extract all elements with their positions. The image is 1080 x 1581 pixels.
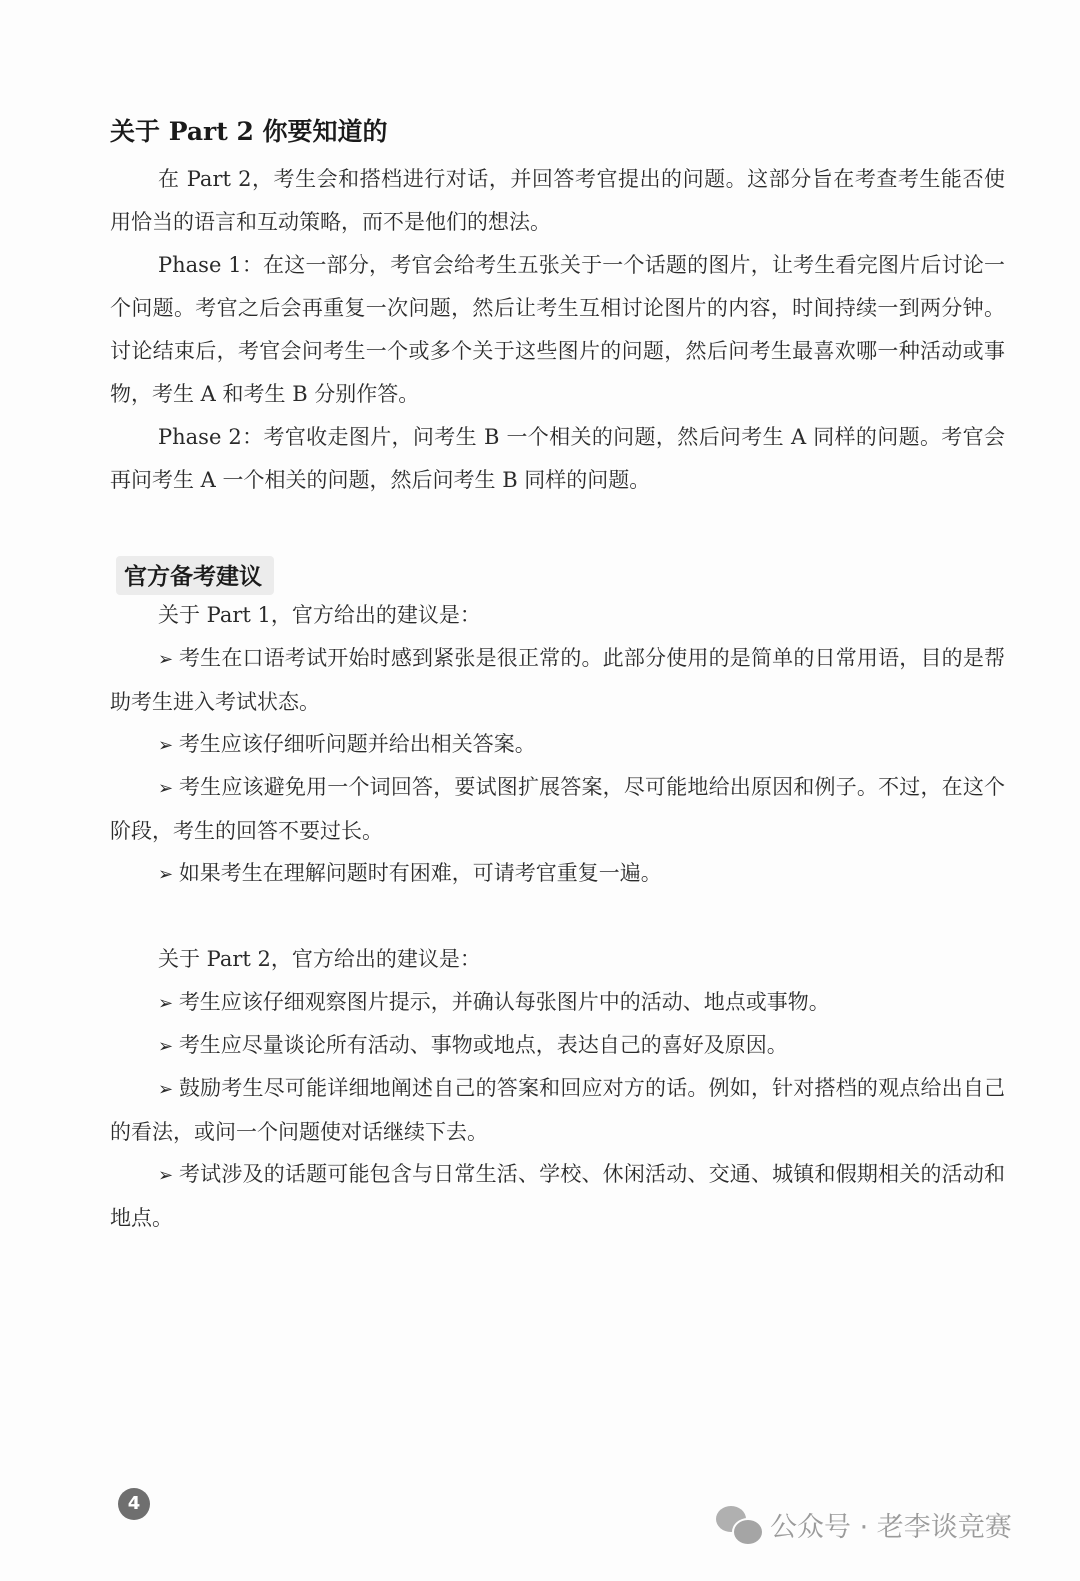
part2-bullet-1: 考生应该仔细观察图片提示，并确认每张图片中的活动、地点或事物。: [110, 981, 1005, 1025]
watermark-text: 公众号 · 老李谈竞赛: [770, 1505, 1012, 1544]
part1-bullet-3: 考生应该避免用一个词回答，要试图扩展答案，尽可能地给出原因和例子。不过，在这个阶…: [110, 766, 1005, 853]
watermark: 公众号 · 老李谈竞赛: [716, 1505, 1012, 1544]
part1-bullet-2: 考生应该仔细听问题并给出相关答案。: [110, 723, 1005, 767]
section-title-part2: 关于 Part 2 你要知道的: [110, 112, 388, 148]
section-title-official-tips: 官方备考建议: [116, 556, 274, 595]
part2-bullet-3: 鼓励考生尽可能详细地阐述自己的答案和回应对方的话。例如，针对搭档的观点给出自己的…: [110, 1067, 1005, 1154]
part2-bullet-2: 考生应尽量谈论所有活动、事物或地点，表达自己的喜好及原因。: [110, 1024, 1005, 1068]
wechat-icon: [716, 1506, 762, 1544]
part2-bullet-4: 考试涉及的话题可能包含与日常生活、学校、休闲活动、交通、城镇和假期相关的活动和地…: [110, 1153, 1005, 1240]
paragraph-intro: 在 Part 2，考生会和搭档进行对话，并回答考官提出的问题。这部分旨在考查考生…: [110, 158, 1005, 244]
page-number-badge: 4: [118, 1488, 150, 1520]
part2-intro: 关于 Part 2，官方给出的建议是：: [110, 938, 1005, 981]
part1-intro: 关于 Part 1，官方给出的建议是：: [110, 594, 1005, 637]
paragraph-phase2: Phase 2：考官收走图片，问考生 B 一个相关的问题，然后问考生 A 同样的…: [110, 416, 1005, 502]
part1-bullet-1: 考生在口语考试开始时感到紧张是很正常的。此部分使用的是简单的日常用语，目的是帮助…: [110, 637, 1005, 724]
paragraph-phase1: Phase 1：在这一部分，考官会给考生五张关于一个话题的图片，让考生看完图片后…: [110, 244, 1005, 416]
part1-bullet-4: 如果考生在理解问题时有困难，可请考官重复一遍。: [110, 852, 1005, 896]
